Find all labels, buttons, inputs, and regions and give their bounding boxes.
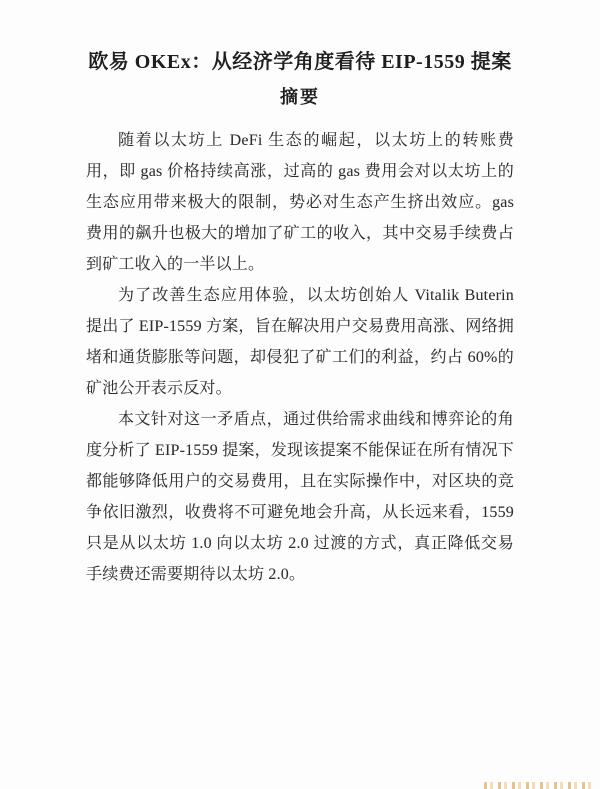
document-page: 欧易 OKEx：从经济学角度看待 EIP-1559 提案 摘要 随着以太坊上 D… [0,0,600,789]
watermark-logo [484,782,596,789]
document-title: 欧易 OKEx：从经济学角度看待 EIP-1559 提案 [0,0,600,74]
abstract-paragraph: 随着以太坊上 DeFi 生态的崛起，以太坊上的转账费用，即 gas 价格持续高涨… [86,125,514,280]
abstract-heading: 摘要 [0,83,600,109]
abstract-paragraph: 为了改善生态应用体验，以太坊创始人 Vitalik Buterin 提出了 EI… [86,280,514,404]
abstract-body: 随着以太坊上 DeFi 生态的崛起，以太坊上的转账费用，即 gas 价格持续高涨… [86,125,514,590]
abstract-paragraph: 本文针对这一矛盾点，通过供给需求曲线和博弈论的角度分析了 EIP-1559 提案… [86,404,514,590]
